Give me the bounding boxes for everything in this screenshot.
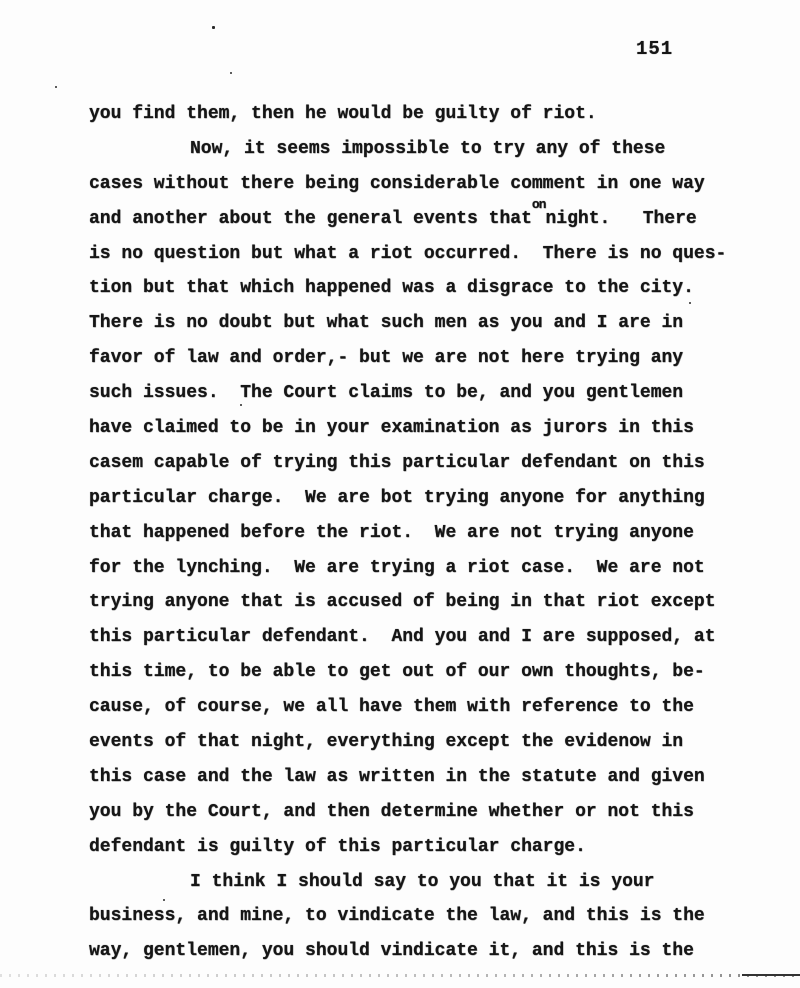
transcript-line: is no question but what a riot occurred.… <box>89 237 749 272</box>
transcript-line: events of that night, everything except … <box>89 725 749 760</box>
ink-speckle <box>163 899 165 901</box>
transcript-line: There is no doubt but what such men as y… <box>89 306 749 341</box>
transcript-line: you by the Court, and then determine whe… <box>89 795 749 830</box>
transcript-line: this case and the law as written in the … <box>89 760 749 795</box>
transcript-line: favor of law and order,- but we are not … <box>89 341 749 376</box>
ink-speckle <box>230 72 232 74</box>
transcript-line: particular charge. We are bot trying any… <box>89 481 749 516</box>
ink-speckle <box>55 86 57 88</box>
transcript-line: this time, to be able to get out of our … <box>89 655 749 690</box>
transcript-line: business, and mine, to vindicate the law… <box>89 899 749 934</box>
superscript-insertion: on <box>532 197 546 212</box>
transcript-line: tion but that which happened was a disgr… <box>89 271 749 306</box>
transcript-line: have claimed to be in your examination a… <box>89 411 749 446</box>
transcript-line: this particular defendant. And you and I… <box>89 620 749 655</box>
ink-speckle <box>240 404 242 406</box>
transcript-line: that happened before the riot. We are no… <box>89 516 749 551</box>
transcript-line: cases without there being considerable c… <box>89 167 749 202</box>
line-text: night. There <box>545 209 696 229</box>
transcript-line: such issues. The Court claims to be, and… <box>89 376 749 411</box>
transcript-line: you find them, then he would be guilty o… <box>89 97 749 132</box>
transcript-line: and another about the general events tha… <box>89 202 749 237</box>
transcript-line: trying anyone that is accused of being i… <box>89 585 749 620</box>
ink-speckle <box>212 26 215 29</box>
transcript-line: way, gentlemen, you should vindicate it,… <box>89 934 749 969</box>
line-text: and another about the general events tha… <box>89 209 532 229</box>
transcript-line: I think I should say to you that it is y… <box>89 865 749 900</box>
transcript-line: defendant is guilty of this particular c… <box>89 830 749 865</box>
document-page: 151 you find them, then he would be guil… <box>0 0 800 988</box>
transcript-line: Now, it seems impossible to try any of t… <box>89 132 749 167</box>
ink-speckle <box>689 302 691 304</box>
bottom-scan-artifact <box>0 974 800 977</box>
bottom-scan-artifact-dark-segment <box>742 974 800 976</box>
transcript-line: for the lynching. We are trying a riot c… <box>89 551 749 586</box>
page-number: 151 <box>636 38 673 60</box>
transcript-line: casem capable of trying this particular … <box>89 446 749 481</box>
transcript-line: cause, of course, we all have them with … <box>89 690 749 725</box>
transcript: you find them, then he would be guilty o… <box>89 97 749 969</box>
